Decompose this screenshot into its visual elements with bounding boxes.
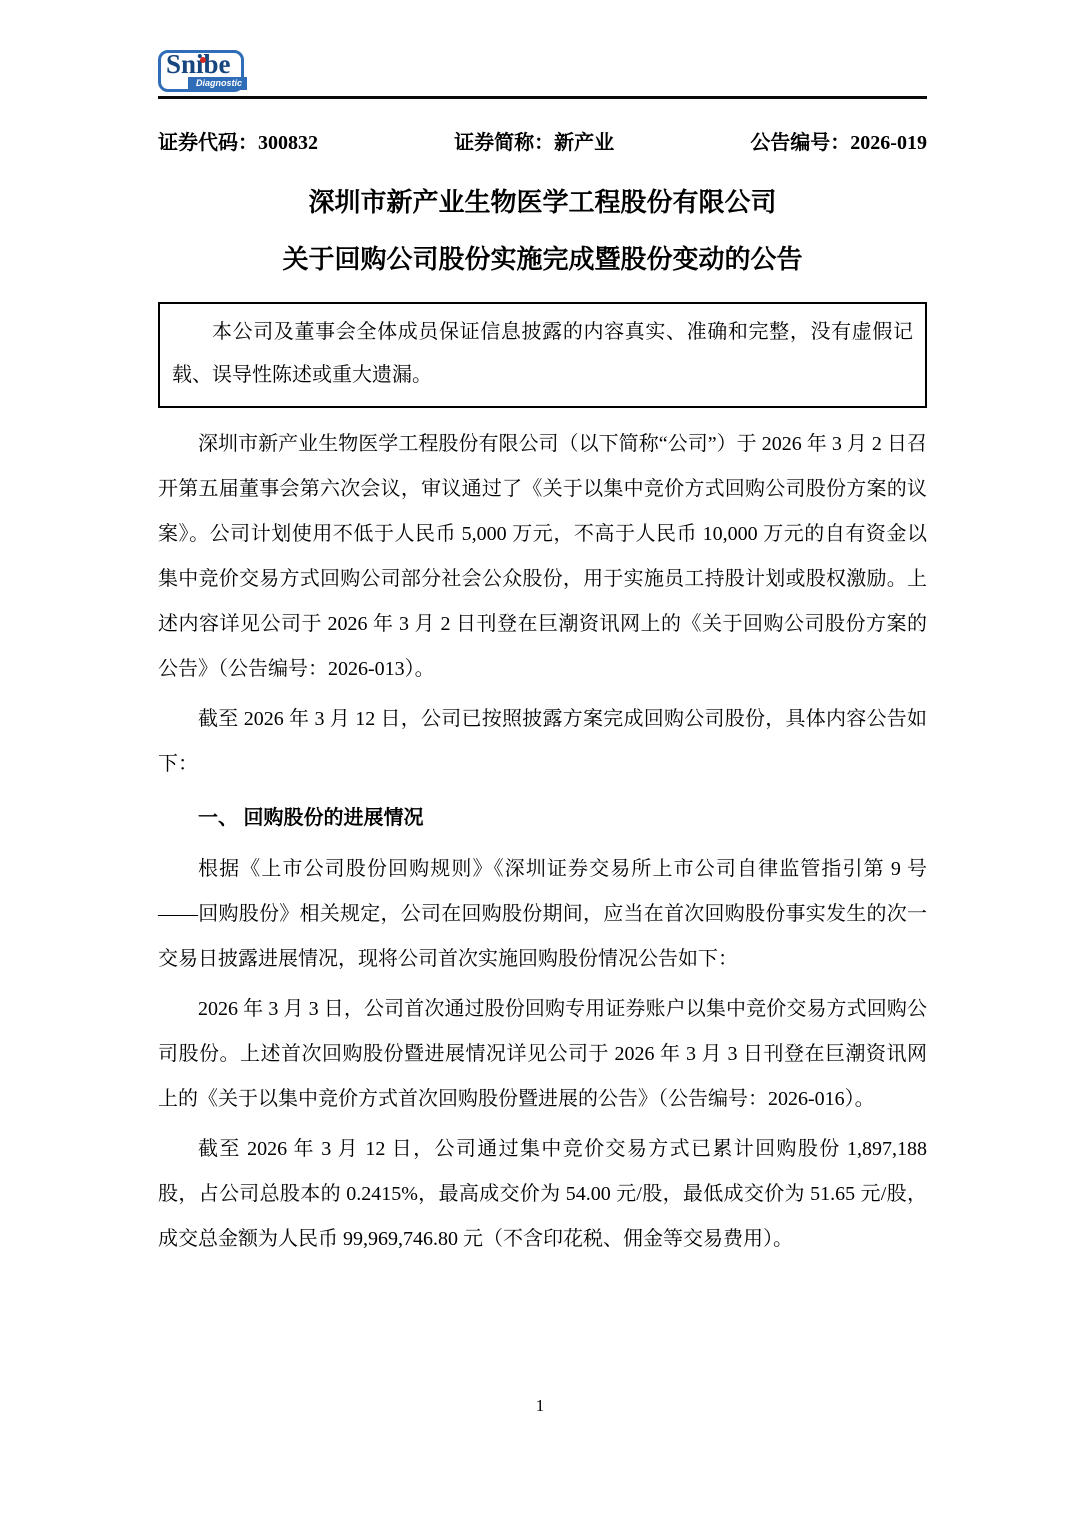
disclaimer-box: 本公司及董事会全体成员保证信息披露的内容真实、准确和完整，没有虚假记载、误导性陈… — [158, 302, 927, 408]
stock-code: 证券代码：300832 — [158, 126, 318, 155]
paragraph: 截至 2026 年 3 月 12 日，公司通过集中竞价交易方式已累计回购股份 1… — [158, 1127, 927, 1262]
announcement-number: 公告编号：2026-019 — [750, 126, 927, 155]
section-heading-repurchase-progress: 一、 回购股份的进展情况 — [158, 796, 927, 841]
page-number: 1 — [0, 1396, 1080, 1416]
paragraph: 根据《上市公司股份回购规则》《深圳证券交易所上市公司自律监管指引第 9 号——回… — [158, 847, 927, 982]
paragraph: 深圳市新产业生物医学工程股份有限公司（以下简称“公司”）于 2026 年 3 月… — [158, 422, 927, 692]
announcement-page: Snibe Diagnostic 证券代码：300832 证券简称：新产业 公告… — [0, 0, 1080, 1535]
announcement-title: 关于回购公司股份实施完成暨股份变动的公告 — [158, 244, 927, 275]
logo-red-dot-icon — [200, 57, 206, 63]
securities-info-row: 证券代码：300832 证券简称：新产业 公告编号：2026-019 — [158, 126, 927, 155]
announcement-body: 深圳市新产业生物医学工程股份有限公司（以下简称“公司”）于 2026 年 3 月… — [158, 422, 927, 1262]
snibe-logo-wordmark: Snibe — [166, 49, 231, 80]
snibe-logo-subtitle: Diagnostic — [188, 77, 247, 90]
header-divider — [158, 96, 927, 99]
stock-short-name: 证券简称：新产业 — [454, 126, 614, 155]
company-name-title: 深圳市新产业生物医学工程股份有限公司 — [158, 187, 927, 218]
paragraph: 截至 2026 年 3 月 12 日，公司已按照披露方案完成回购公司股份，具体内… — [158, 697, 927, 787]
snibe-logo: Snibe Diagnostic — [158, 50, 244, 92]
paragraph: 2026 年 3 月 3 日，公司首次通过股份回购专用证券账户以集中竞价交易方式… — [158, 987, 927, 1122]
disclaimer-text: 本公司及董事会全体成员保证信息披露的内容真实、准确和完整，没有虚假记载、误导性陈… — [172, 311, 913, 397]
